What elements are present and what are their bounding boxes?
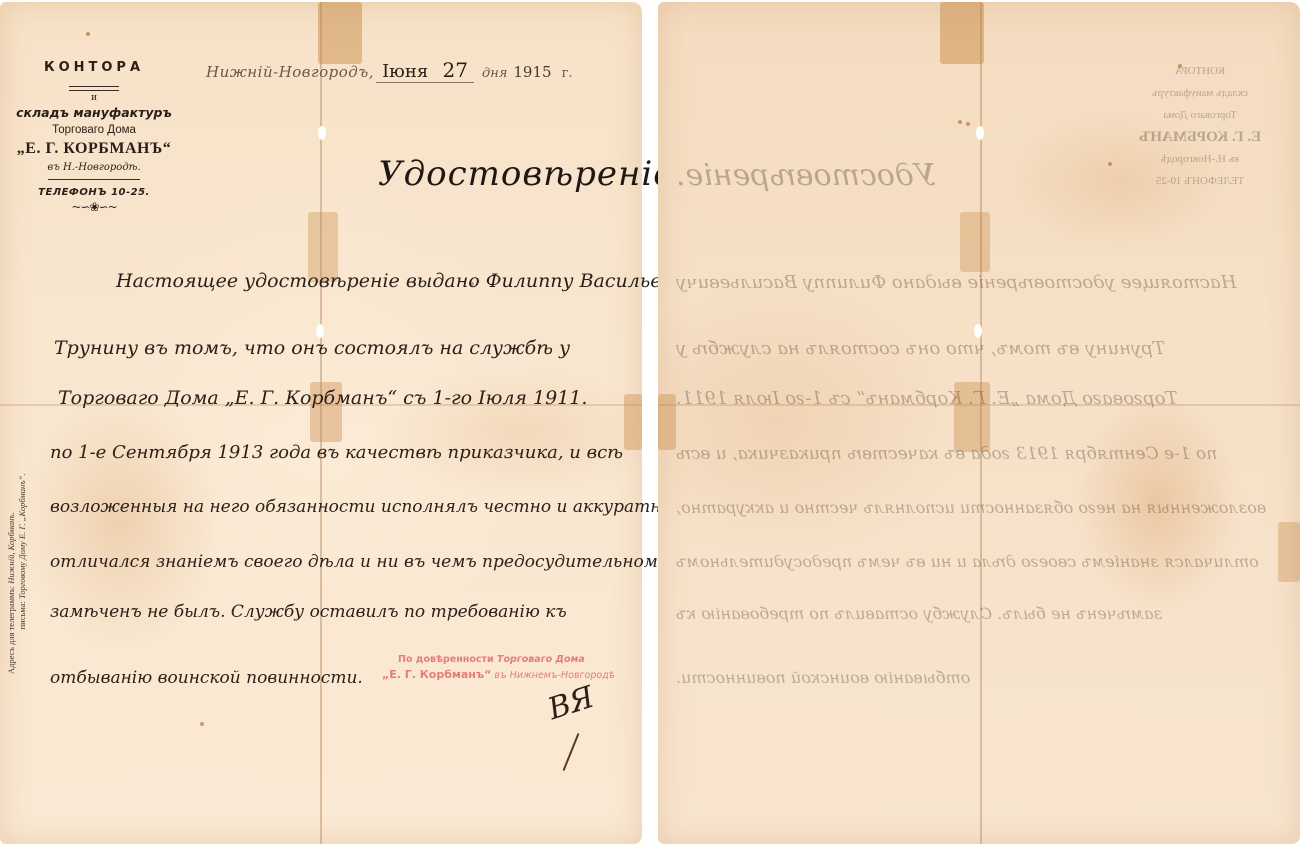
body-line: Торговаго Дома „Е. Г. Корбманъ“ съ 1-го … <box>58 387 587 409</box>
divider <box>69 86 119 91</box>
fold-stain <box>940 2 984 64</box>
letterhead-phone: ТЕЛЕФОНЪ 10-25. <box>14 187 174 198</box>
body-line: Трунину въ томъ, что онъ состоялъ на слу… <box>54 337 570 359</box>
letterhead-firm-name: „Е. Г. КОРБМАНЪ“ <box>14 140 174 158</box>
fold-hole <box>318 126 326 140</box>
mirrored-line: отбыванію воинской повинности. <box>676 668 970 687</box>
date-month: Іюня <box>382 61 428 82</box>
edge-stain <box>1278 522 1300 582</box>
mirrored-letterhead-line: въ Н.-Новгородѣ <box>1120 148 1280 170</box>
mirrored-letterhead-line: ТЕЛЕФОНЪ 10-25 <box>1120 170 1280 192</box>
letterhead-conjunction: и <box>14 93 174 103</box>
fold-hole <box>976 126 984 140</box>
body-line: по 1-е Сентября 1913 года въ качествѣ пр… <box>50 442 623 463</box>
letterhead-sklad: складъ мануфактуръ <box>14 105 174 120</box>
body-line: отбыванію воинской повинности. <box>50 668 363 688</box>
stamp-prefix: По довѣренности <box>398 654 494 665</box>
body-line: замѣченъ не былъ. Службу оставилъ по тре… <box>50 602 567 622</box>
mirrored-title: Удостовѣреніе. <box>676 158 936 193</box>
foxing-spot <box>958 120 962 124</box>
mirrored-line: по 1-е Сентября 1913 года въ качествѣ пр… <box>676 444 1217 464</box>
mirrored-line: Трунину въ томъ, что онъ состоялъ на слу… <box>676 338 1165 359</box>
side-address-value: Торговому Дому Е. Г. „Корбманъ“. <box>17 474 27 600</box>
mirrored-letterhead-line: складъ мануфактуръ <box>1120 82 1280 104</box>
body-line: Настоящее удостовѣреніе выдано Филиппу В… <box>116 270 708 292</box>
letterhead: КОНТОРА и складъ мануфактуръ Торговаго Д… <box>14 60 174 214</box>
body-line: отличался знаніемъ своего дѣла и ни въ ч… <box>50 552 669 572</box>
letterhead-kontora: КОНТОРА <box>14 60 174 84</box>
fold-stain <box>960 212 990 272</box>
side-address-value: Нижній, Корбманъ. <box>6 512 16 584</box>
date-day: 27 <box>443 58 468 82</box>
foxing-spot <box>86 32 90 36</box>
side-address-label: Адресъ для телеграммъ: <box>6 586 16 674</box>
date-month-field: Іюня 27 <box>376 58 474 83</box>
foxing-spot <box>966 122 970 126</box>
fold-stain <box>318 2 362 64</box>
side-address-label: письма: <box>17 601 27 629</box>
mirrored-line: возложенныя на него обязанности исполнял… <box>676 498 1266 517</box>
mirrored-line: Настоящее удостовѣреніе выдано Филиппу В… <box>676 272 1236 293</box>
stamp-line-2: „Е. Г. Корбманъ“ въ Нижнемъ-Новгородѣ <box>382 667 615 683</box>
mirrored-letterhead: КОНТОРА складъ мануфактуръ Торговаго Дом… <box>1120 60 1280 192</box>
fold-hole <box>974 324 982 338</box>
mirrored-letterhead-line: КОНТОРА <box>1120 60 1280 82</box>
date-dnya: дня <box>482 66 507 81</box>
foxing-spot <box>1108 162 1112 166</box>
fold-hole <box>316 324 324 338</box>
edge-stain <box>658 394 676 450</box>
date-year: 1915 <box>513 63 551 81</box>
mirrored-line: Торговаго Дома „Е. Г. Корбманъ“ съ 1-го … <box>676 388 1178 409</box>
stamp-torgovago: Торговаго Дома <box>497 654 585 665</box>
letterhead-city: въ Н.-Новгородѣ. <box>14 162 174 173</box>
stamp-line-1: По довѣренности Торговаго Дома <box>382 652 615 667</box>
side-address: Адресъ для телеграммъ: Нижній, Корбманъ.… <box>6 474 28 674</box>
letterhead-torgovago: Торговаго Дома <box>14 124 174 136</box>
divider <box>48 179 140 181</box>
side-address-line-2: письма: Торговому Дому Е. Г. „Корбманъ“. <box>17 474 28 674</box>
foxing-spot <box>200 722 204 726</box>
stamp-firm-name: „Е. Г. Корбманъ“ <box>382 668 491 681</box>
side-address-line-1: Адресъ для телеграммъ: Нижній, Корбманъ. <box>6 474 17 674</box>
mirrored-line: замѣченъ не былъ. Службу оставилъ по тре… <box>676 604 1162 623</box>
document-front-page: КОНТОРА и складъ мануфактуръ Торговаго Д… <box>0 2 642 844</box>
mirrored-letterhead-line: Торговаго Дома <box>1120 104 1280 126</box>
ornament-icon: ~∽❀∽~ <box>14 200 174 214</box>
date-g: г. <box>562 66 573 81</box>
mirrored-letterhead-line: Е. Г. КОРБМАНЪ <box>1120 126 1280 148</box>
mirrored-line: отличался знаніемъ своего дѣла и ни въ ч… <box>676 552 1259 571</box>
red-stamp: По довѣренности Торговаго Дома „Е. Г. Ко… <box>382 652 615 683</box>
signature-stroke <box>563 733 580 771</box>
signature: ВЯ <box>544 680 599 728</box>
body-line: возложенныя на него обязанности исполнял… <box>50 497 677 517</box>
date-line: Нижній-Новгородъ, Іюня 27 дня 1915 г. <box>206 58 626 83</box>
stamp-city: въ Нижнемъ-Новгородѣ <box>494 670 615 681</box>
date-place: Нижній-Новгородъ, <box>206 63 374 81</box>
document-title: Удостовѣреніе. <box>378 154 686 194</box>
edge-stain <box>624 394 642 450</box>
